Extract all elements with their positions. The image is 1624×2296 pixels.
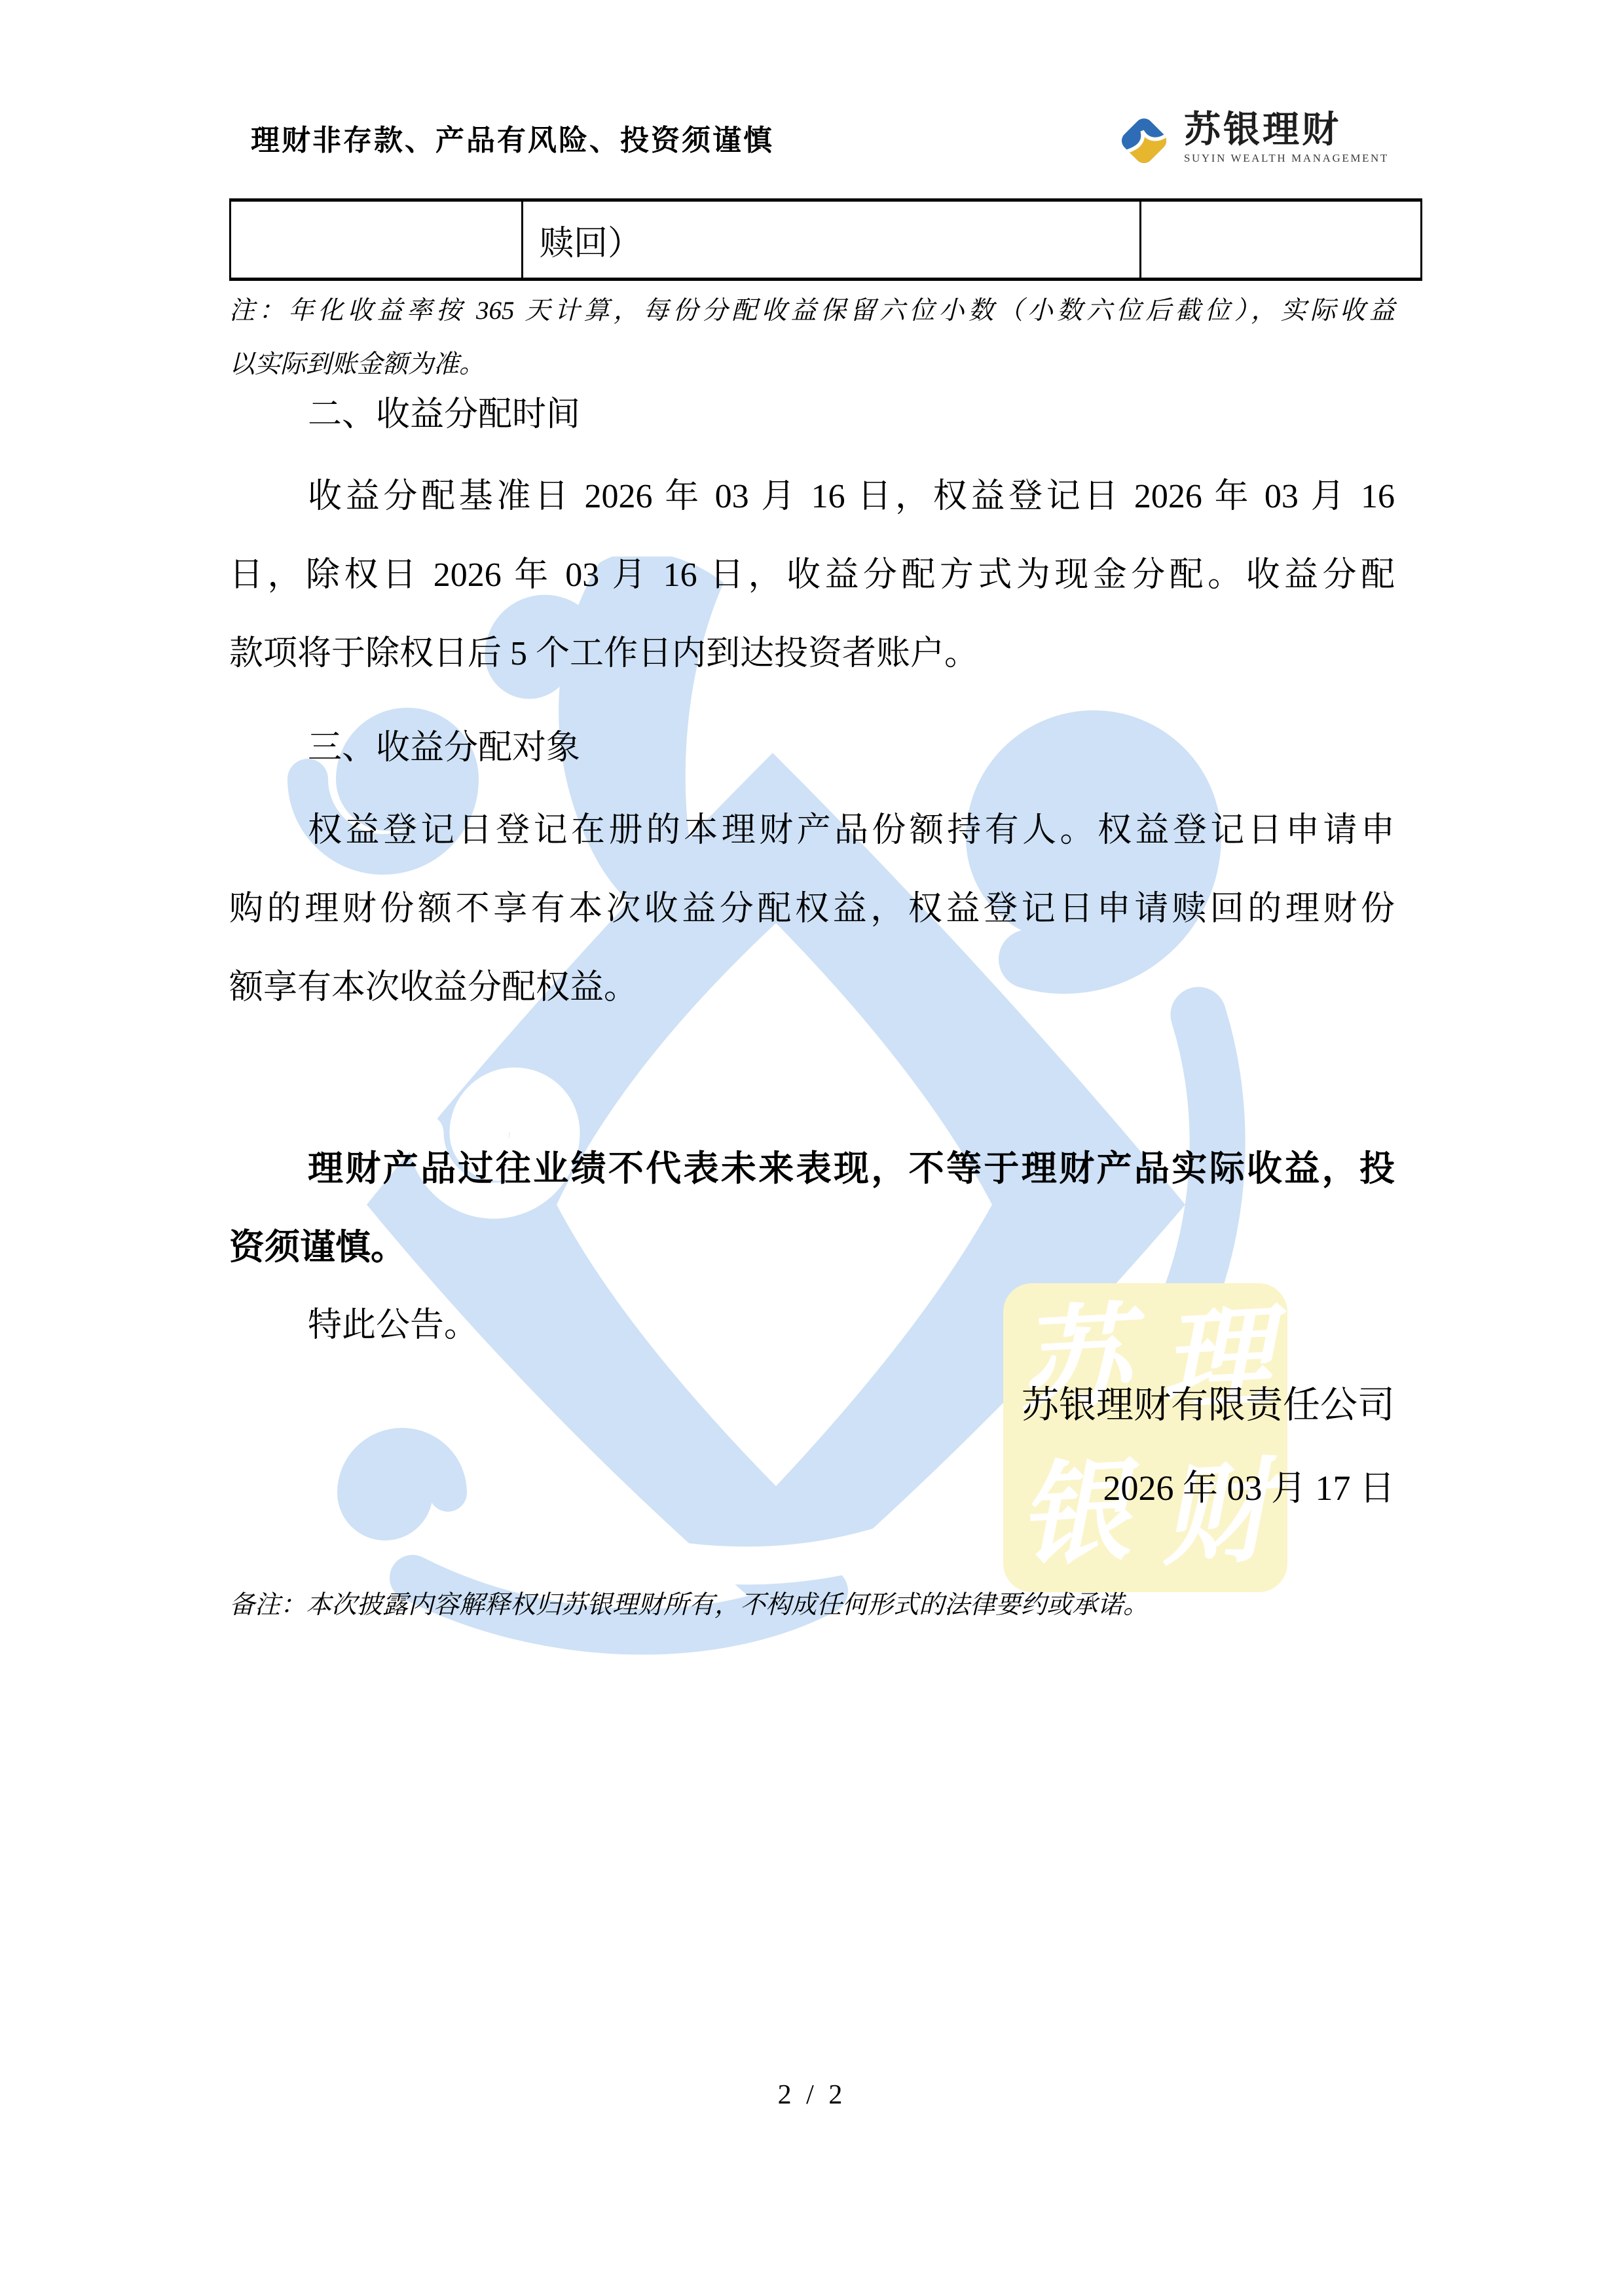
section-2-heading: 二、收益分配时间 <box>229 393 1395 437</box>
signature-date: 2026 年 03 月 17 日 <box>229 1465 1395 1511</box>
logo-mark-icon <box>1113 110 1175 172</box>
logo-name-cn: 苏银理财 <box>1184 110 1389 151</box>
paragraph-line: 收益分配基准日 2026 年 03 月 16 日，权益登记日 2026 年 03… <box>229 475 1395 519</box>
risk-statement-line: 资须谨慎。 <box>229 1226 1395 1269</box>
company-signature: 苏银理财有限责任公司 <box>229 1383 1395 1429</box>
table-cell-2: 赎回） <box>523 202 1141 278</box>
document-page: 苏 理 银 财 理财非存款、产品有风险、投资须谨慎 苏银理财 SUYIN WEA… <box>0 0 1624 2296</box>
remark-note: 备注：本次披露内容解释权归苏银理财所有，不构成任何形式的法律要约或承诺。 <box>229 1588 1395 1622</box>
paragraph-line: 权益登记日登记在册的本理财产品份额持有人。权益登记日申请申 <box>229 809 1395 852</box>
paragraph-line: 日，除权日 2026 年 03 月 16 日，收益分配方式为现金分配。收益分配 <box>229 554 1395 597</box>
page-number: 2 / 2 <box>0 2079 1624 2111</box>
table-cell-3 <box>1141 202 1420 278</box>
table-cell-1 <box>231 202 523 278</box>
table-note-line: 注：年化收益率按 365 天计算，每份分配收益保留六位小数（小数六位后截位），实… <box>229 294 1395 328</box>
section-3-heading: 三、收益分配对象 <box>229 727 1395 770</box>
risk-statement-line: 理财产品过往业绩不代表未来表现，不等于理财产品实际收益，投 <box>229 1147 1395 1190</box>
paragraph-line: 购的理财份额不享有本次收益分配权益，权益登记日申请赎回的理财份 <box>229 888 1395 931</box>
company-logo: 苏银理财 SUYIN WEALTH MANAGEMENT <box>1113 110 1389 172</box>
announcement-line: 特此公告。 <box>229 1304 1395 1347</box>
paragraph-line: 额享有本次收益分配权益。 <box>229 966 1395 1010</box>
logo-text-block: 苏银理财 SUYIN WEALTH MANAGEMENT <box>1184 110 1389 165</box>
logo-name-en: SUYIN WEALTH MANAGEMENT <box>1184 152 1389 165</box>
paragraph-line: 款项将于除权日后 5 个工作日内到达投资者账户。 <box>229 632 1395 676</box>
table-fragment: 赎回） <box>229 198 1422 281</box>
table-note-line: 以实际到账金额为准。 <box>229 348 1395 382</box>
header-risk-warning: 理财非存款、产品有风险、投资须谨慎 <box>251 117 774 158</box>
